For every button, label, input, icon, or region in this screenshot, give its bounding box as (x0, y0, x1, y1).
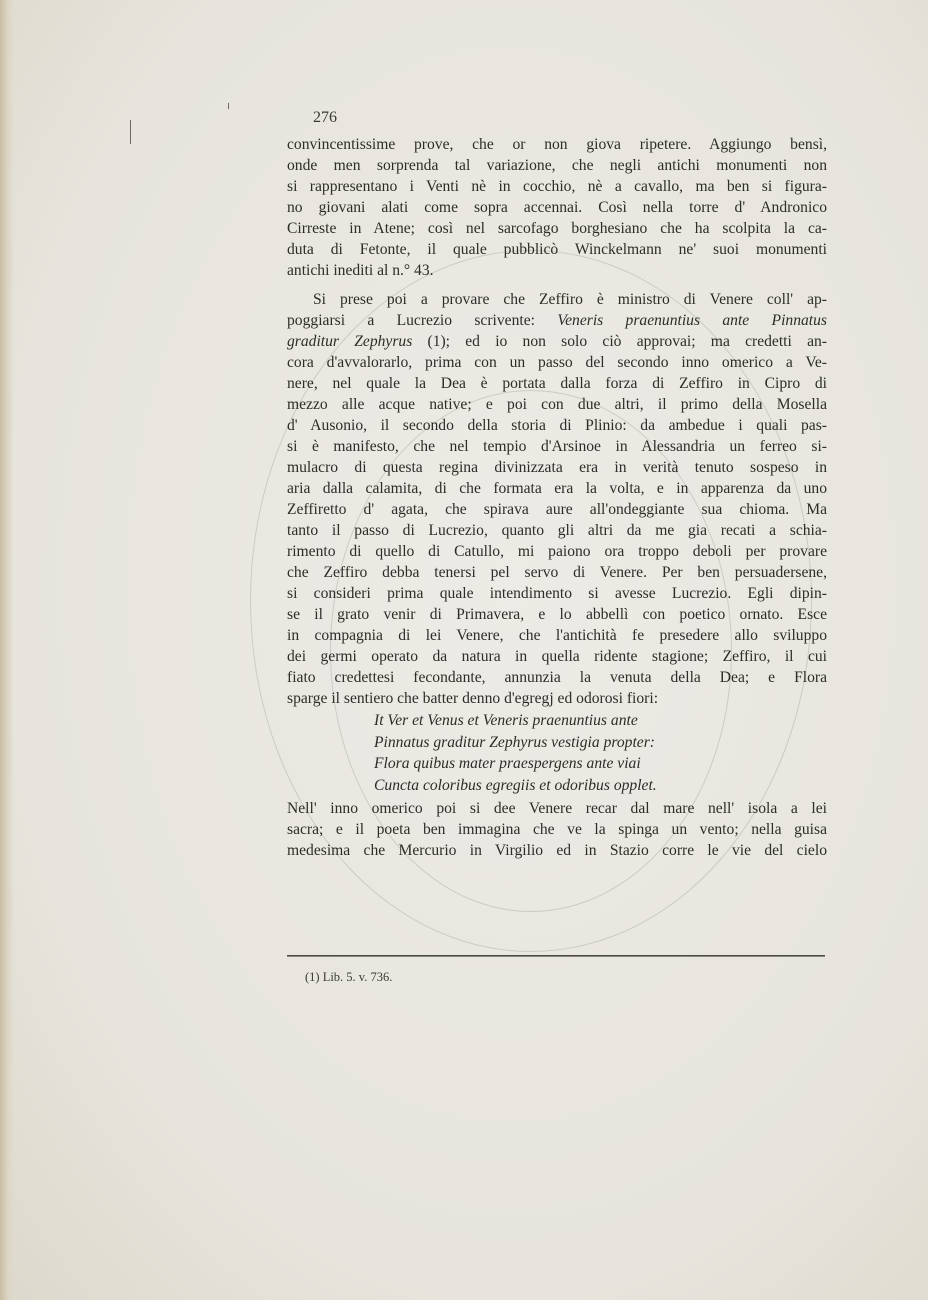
latin-quote: graditur Zephyrus (287, 333, 412, 350)
binding-shadow (0, 0, 14, 1300)
latin-quote: Veneris praenuntius ante Pinnatus (557, 312, 827, 329)
paragraph-1: convincentissime prove, che or non giova… (287, 134, 827, 281)
margin-mark (228, 103, 229, 109)
text-line: si è manifesto, che nel tempio d'Arsinoe… (287, 436, 827, 457)
text-line: nere, nel quale la Dea è portata dalla f… (287, 373, 827, 394)
text-line: Nell' inno omerico poi si dee Venere rec… (287, 798, 827, 819)
verse-line: It Ver et Venus et Veneris praenuntius a… (287, 710, 827, 732)
text-line: rimento di quello di Catullo, mi paiono … (287, 541, 827, 562)
text-line: medesima che Mercurio in Virgilio ed in … (287, 840, 827, 861)
page-number: 276 (313, 109, 337, 127)
text-line: in compagnia di lei Venere, che l'antich… (287, 625, 827, 646)
text-line: si rappresentano i Venti nè in cocchio, … (287, 176, 827, 197)
text-line: antichi inediti al n.° 43. (287, 260, 827, 281)
text-line: mezzo alle acque native; e poi con due a… (287, 394, 827, 415)
text-line: no giovani alati come sopra accennai. Co… (287, 197, 827, 218)
text-line: si consideri prima quale intendimento si… (287, 583, 827, 604)
text-line: tanto il passo di Lucrezio, quanto gli a… (287, 520, 827, 541)
text-line: Si prese poi a provare che Zeffiro è min… (287, 289, 827, 310)
text-line: mulacro di questa regina divinizzata era… (287, 457, 827, 478)
text-line: convincentissime prove, che or non giova… (287, 134, 827, 155)
text-line: graditur Zephyrus (1); ed io non solo ci… (287, 331, 827, 352)
footnote-divider (287, 955, 825, 957)
text-line: Cirreste in Atene; così nel sarcofago bo… (287, 218, 827, 239)
text-line: sacra; e il poeta ben immagina che ve la… (287, 819, 827, 840)
verse-line: Flora quibus mater praespergens ante via… (287, 753, 827, 775)
text-line: fiato credettesi fecondante, annunzia la… (287, 667, 827, 688)
text-line: Zeffiretto d' agata, che spirava aure al… (287, 499, 827, 520)
footnote: (1) Lib. 5. v. 736. (305, 970, 392, 985)
book-page: 276 convincentissime prove, che or non g… (0, 0, 928, 1300)
margin-mark (130, 120, 131, 144)
text-span: poggiarsi a Lucrezio scrivente: (287, 312, 557, 329)
verse-quotation: It Ver et Venus et Veneris praenuntius a… (287, 710, 827, 796)
text-line: onde men sorprenda tal variazione, che n… (287, 155, 827, 176)
paragraph-3: Nell' inno omerico poi si dee Venere rec… (287, 798, 827, 861)
text-line: cora d'avvalorarlo, prima con un passo d… (287, 352, 827, 373)
body-text: convincentissime prove, che or non giova… (287, 134, 827, 861)
verse-line: Pinnatus graditur Zephyrus vestigia prop… (287, 732, 827, 754)
text-line: che Zeffiro debba tenersi pel servo di V… (287, 562, 827, 583)
paragraph-2: Si prese poi a provare che Zeffiro è min… (287, 289, 827, 709)
text-line: dei germi operato da natura in quella ri… (287, 646, 827, 667)
text-line: aria dalla calamita, di che formata era … (287, 478, 827, 499)
text-span: (1); ed io non solo ciò approvai; ma cre… (412, 333, 827, 350)
text-line: se il grato venir di Primavera, e lo abb… (287, 604, 827, 625)
text-line: d' Ausonio, il secondo della storia di P… (287, 415, 827, 436)
text-line: sparge il sentiero che batter denno d'eg… (287, 688, 827, 709)
text-line: poggiarsi a Lucrezio scrivente: Veneris … (287, 310, 827, 331)
verse-line: Cuncta coloribus egregiis et odoribus op… (287, 775, 827, 797)
text-line: duta di Fetonte, il quale pubblicò Winck… (287, 239, 827, 260)
